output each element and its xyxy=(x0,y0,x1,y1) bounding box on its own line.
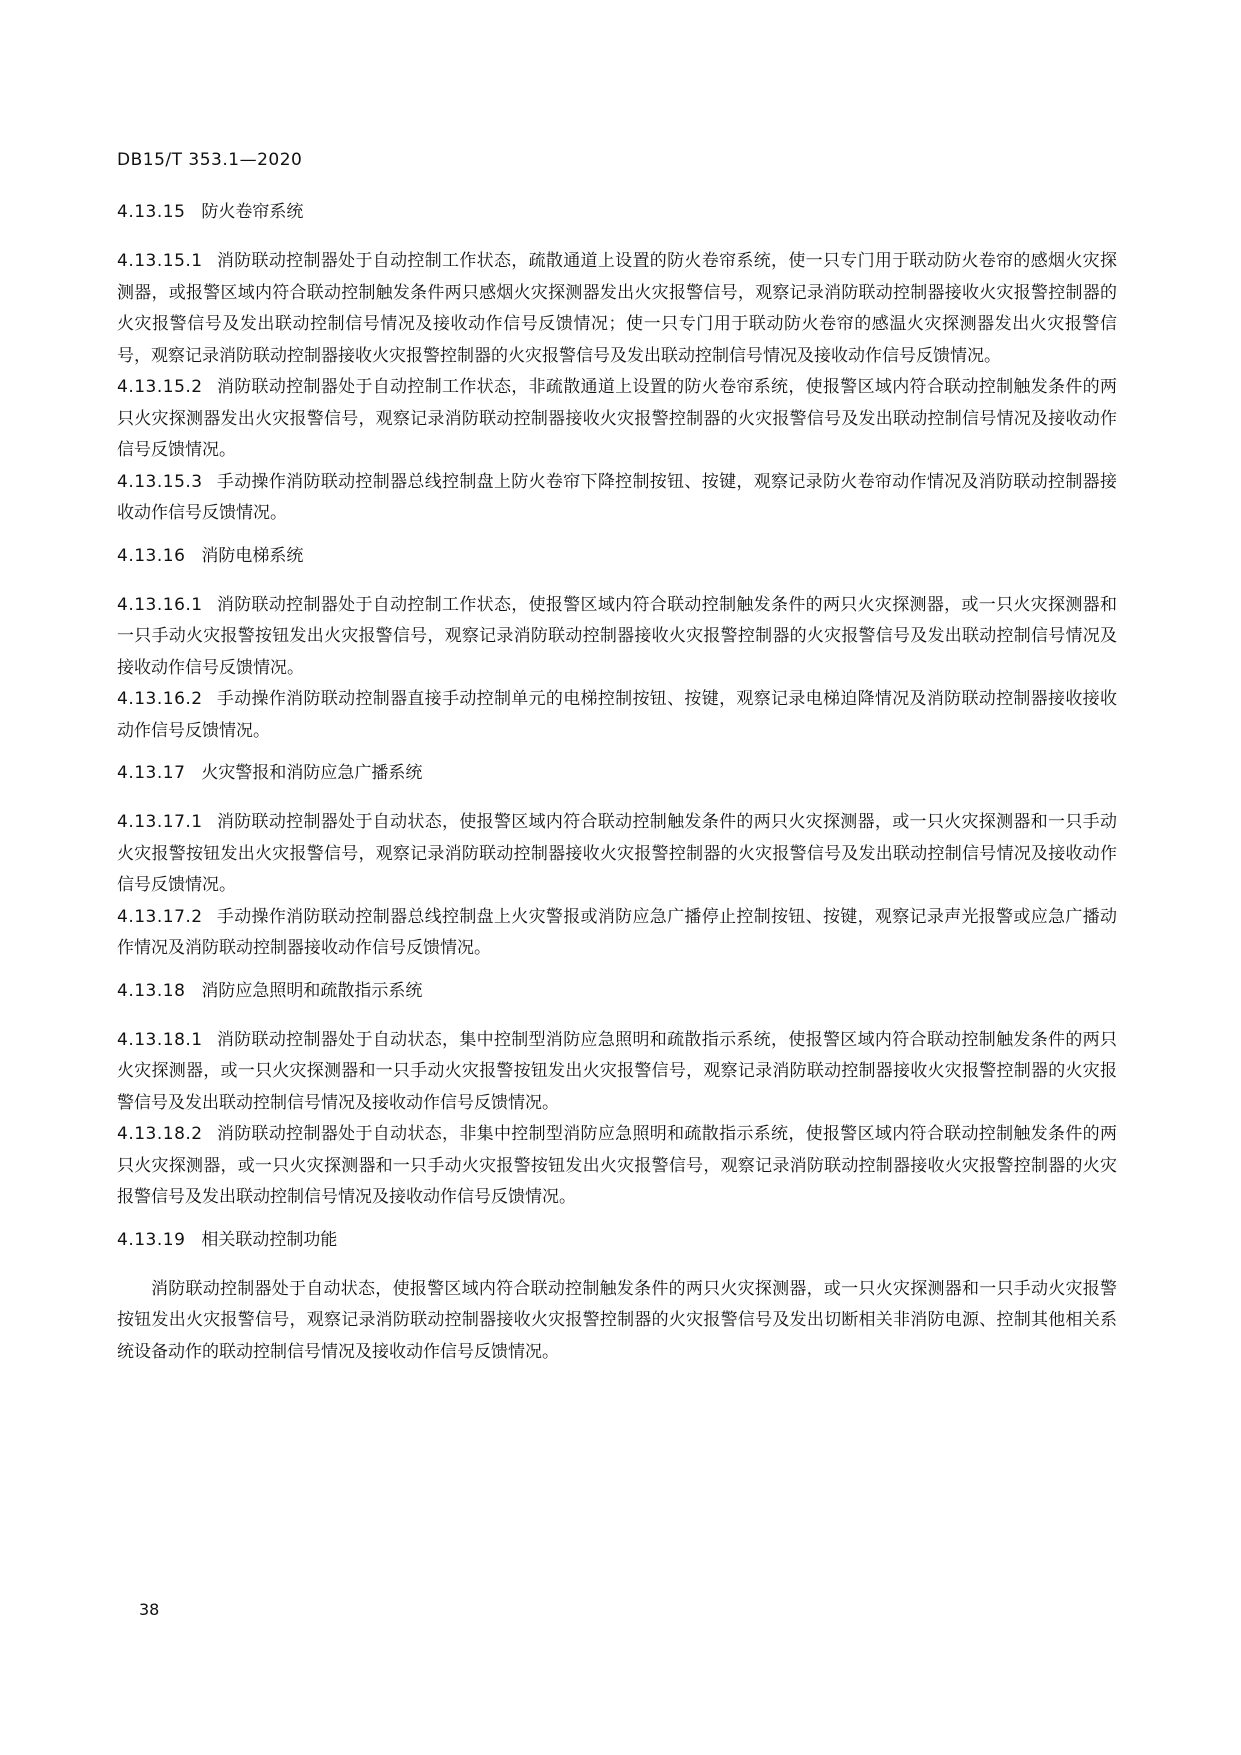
document-body: 4.13.15防火卷帘系统 4.13.15.1消防联动控制器处于自动控制工作状态… xyxy=(117,200,1117,1368)
section-title: 火灾警报和消防应急广播系统 xyxy=(201,763,422,783)
clause-number: 4.13.15.3 xyxy=(117,472,203,492)
clause-number: 4.13.16.2 xyxy=(117,689,203,709)
clause: 4.13.16.2手动操作消防联动控制器直接手动控制单元的电梯控制按钮、按键，观… xyxy=(117,684,1117,747)
clause-text: 消防联动控制器处于自动状态，非集中控制型消防应急照明和疏散指示系统，使报警区域内… xyxy=(117,1124,1117,1207)
clause-text: 消防联动控制器处于自动控制工作状态，非疏散通道上设置的防火卷帘系统，使报警区域内… xyxy=(117,377,1117,460)
section-number: 4.13.18 xyxy=(117,979,185,1003)
document-page: DB15/T 353.1—2020 4.13.15防火卷帘系统 4.13.15.… xyxy=(0,0,1241,1755)
section-heading: 4.13.16消防电梯系统 xyxy=(117,544,1117,568)
clause-text: 手动操作消防联动控制器总线控制盘上防火卷帘下降控制按钮、按键，观察记录防火卷帘动… xyxy=(117,472,1117,524)
clause-number: 4.13.17.1 xyxy=(117,812,203,832)
clause-text: 消防联动控制器处于自动状态，使报警区域内符合联动控制触发条件的两只火灾探测器，或… xyxy=(117,812,1117,895)
clause: 4.13.15.3手动操作消防联动控制器总线控制盘上防火卷帘下降控制按钮、按键，… xyxy=(117,467,1117,530)
section-number: 4.13.17 xyxy=(117,761,185,785)
clause: 4.13.17.1消防联动控制器处于自动状态，使报警区域内符合联动控制触发条件的… xyxy=(117,807,1117,902)
clause-number: 4.13.15.1 xyxy=(117,251,203,271)
clause-text: 消防联动控制器处于自动控制工作状态，疏散通道上设置的防火卷帘系统，使一只专门用于… xyxy=(117,251,1117,366)
page-number: 38 xyxy=(139,1600,159,1619)
clause: 4.13.17.2手动操作消防联动控制器总线控制盘上火灾警报或消防应急广播停止控… xyxy=(117,902,1117,965)
section-heading: 4.13.19相关联动控制功能 xyxy=(117,1228,1117,1252)
clause-number: 4.13.18.1 xyxy=(117,1030,203,1050)
clause-text: 手动操作消防联动控制器总线控制盘上火灾警报或消防应急广播停止控制按钮、按键，观察… xyxy=(117,907,1117,959)
section-title: 消防电梯系统 xyxy=(201,546,303,566)
clause: 4.13.15.1消防联动控制器处于自动控制工作状态，疏散通道上设置的防火卷帘系… xyxy=(117,246,1117,372)
clause-text: 手动操作消防联动控制器直接手动控制单元的电梯控制按钮、按键，观察记录电梯迫降情况… xyxy=(117,689,1117,741)
section-title: 消防应急照明和疏散指示系统 xyxy=(201,981,422,1001)
clause-number: 4.13.16.1 xyxy=(117,595,203,615)
clause: 4.13.18.1消防联动控制器处于自动状态，集中控制型消防应急照明和疏散指示系… xyxy=(117,1025,1117,1120)
clause-number: 4.13.17.2 xyxy=(117,907,203,927)
section-body: 消防联动控制器处于自动状态，使报警区域内符合联动控制触发条件的两只火灾探测器，或… xyxy=(117,1274,1117,1369)
section-number: 4.13.19 xyxy=(117,1228,185,1252)
clause-number: 4.13.18.2 xyxy=(117,1124,203,1144)
section-heading: 4.13.15防火卷帘系统 xyxy=(117,200,1117,224)
section-number: 4.13.15 xyxy=(117,200,185,224)
section-heading: 4.13.18消防应急照明和疏散指示系统 xyxy=(117,979,1117,1003)
clause: 4.13.16.1消防联动控制器处于自动控制工作状态，使报警区域内符合联动控制触… xyxy=(117,590,1117,685)
clause-number: 4.13.15.2 xyxy=(117,377,203,397)
section-number: 4.13.16 xyxy=(117,544,185,568)
section-title: 相关联动控制功能 xyxy=(201,1230,337,1250)
clause-text: 消防联动控制器处于自动控制工作状态，使报警区域内符合联动控制触发条件的两只火灾探… xyxy=(117,595,1117,678)
section-title: 防火卷帘系统 xyxy=(201,202,303,222)
clause: 4.13.18.2消防联动控制器处于自动状态，非集中控制型消防应急照明和疏散指示… xyxy=(117,1119,1117,1214)
clause: 4.13.15.2消防联动控制器处于自动控制工作状态，非疏散通道上设置的防火卷帘… xyxy=(117,372,1117,467)
standard-id: DB15/T 353.1—2020 xyxy=(117,150,302,170)
clause-text: 消防联动控制器处于自动状态，集中控制型消防应急照明和疏散指示系统，使报警区域内符… xyxy=(117,1030,1117,1113)
section-heading: 4.13.17火灾警报和消防应急广播系统 xyxy=(117,761,1117,785)
